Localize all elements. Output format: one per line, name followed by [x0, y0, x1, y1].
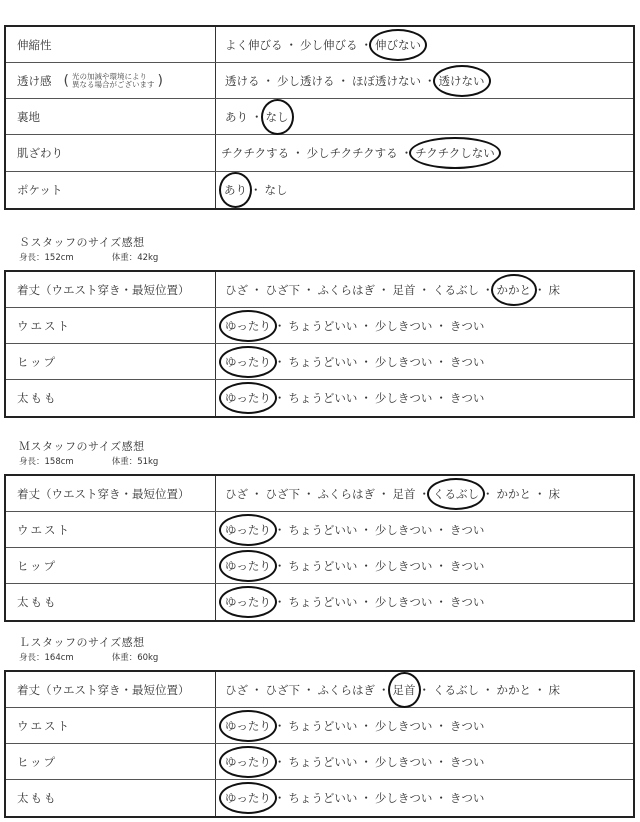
height-label: 身長：158cm — [19, 455, 74, 467]
separator: ・ — [357, 558, 375, 574]
row-label: 伸縮性 — [6, 27, 216, 62]
separator: ・ — [300, 282, 318, 298]
height-label: 身長：164cm — [19, 651, 74, 663]
row-label: ヒップ — [6, 344, 216, 379]
option: ちょうどいい — [288, 718, 357, 734]
row-hip: ヒップゆったり・ちょうどいい・少しきつい・きつい — [6, 548, 633, 584]
row-length: 着丈（ウエスト穿き・最短位置）ひざ・ひざ下・ふくらはぎ・足首・くるぶし・かかと・… — [6, 476, 633, 512]
row-options: ゆったり・ちょうどいい・少しきつい・きつい — [216, 780, 633, 816]
separator: ・ — [357, 354, 375, 370]
row-label: 肌ざわり — [6, 135, 216, 171]
option: なし — [265, 182, 288, 198]
row-waist: ウエストゆったり・ちょうどいい・少しきつい・きつい — [6, 708, 633, 744]
row-options: ゆったり・ちょうどいい・少しきつい・きつい — [216, 548, 633, 583]
option: きつい — [450, 754, 485, 770]
option: 透ける — [225, 73, 260, 89]
separator: ・ — [432, 390, 450, 406]
row-length: 着丈（ウエスト穿き・最短位置）ひざ・ひざ下・ふくらはぎ・足首・くるぶし・かかと・… — [6, 272, 633, 308]
selected-option: なし — [266, 109, 289, 125]
option: ひざ下 — [266, 282, 301, 298]
row-pocket: ポケット あり・なし — [6, 172, 633, 208]
row-label: ウエスト — [6, 512, 216, 547]
staff-m-header: Ｍスタッフのサイズ感想 身長：158cm体重：51kg — [19, 438, 158, 467]
selected-option: あり — [224, 182, 247, 198]
sheerness-note: (光の加減や環境により異なる場合がございます) — [64, 73, 163, 89]
row-label: 太もも — [6, 584, 216, 620]
weight-label: 体重：60kg — [112, 651, 159, 663]
option: きつい — [450, 790, 485, 806]
staff-s-table: 着丈（ウエスト穿き・最短位置）ひざ・ひざ下・ふくらはぎ・足首・くるぶし・かかと・… — [4, 270, 635, 418]
row-label: 着丈（ウエスト穿き・最短位置） — [6, 272, 216, 307]
option: 少しきつい — [375, 594, 433, 610]
row-options: ひざ・ひざ下・ふくらはぎ・足首・くるぶし・かかと・床 — [216, 476, 633, 511]
separator: ・ — [432, 594, 450, 610]
selected-option: 伸びない — [375, 37, 421, 53]
option: ひざ — [225, 486, 248, 502]
option: ちょうどいい — [288, 354, 357, 370]
selected-option: ゆったり — [225, 718, 271, 734]
row-label: ヒップ — [6, 548, 216, 583]
separator: ・ — [432, 790, 450, 806]
option: ふくらはぎ — [318, 282, 376, 298]
option: 少しきつい — [375, 790, 433, 806]
section-meta: 身長：164cm体重：60kg — [19, 651, 158, 663]
row-thigh: 太ももゆったり・ちょうどいい・少しきつい・きつい — [6, 780, 633, 816]
option: ふくらはぎ — [318, 486, 376, 502]
option: ちょうどいい — [288, 558, 357, 574]
option: ひざ下 — [266, 682, 301, 698]
staff-l-header: Ｌスタッフのサイズ感想 身長：164cm体重：60kg — [19, 634, 158, 663]
row-label: 着丈（ウエスト穿き・最短位置） — [6, 672, 216, 707]
selected-option: チクチクしない — [415, 145, 495, 161]
row-options: ひざ・ひざ下・ふくらはぎ・足首・くるぶし・かかと・床 — [216, 272, 633, 307]
row-label: ポケット — [6, 172, 216, 208]
separator: ・ — [248, 682, 266, 698]
row-label: ウエスト — [6, 708, 216, 743]
selected-option: ゆったり — [225, 390, 271, 406]
selected-option: ゆったり — [225, 790, 271, 806]
row-options: ゆったり・ちょうどいい・少しきつい・きつい — [216, 380, 633, 416]
separator: ・ — [432, 318, 450, 334]
row-label: ヒップ — [6, 744, 216, 779]
option: 床 — [549, 486, 561, 502]
option: くるぶし — [433, 682, 479, 698]
option: きつい — [450, 594, 485, 610]
selected-option: 透けない — [439, 73, 485, 89]
weight-label: 体重：42kg — [112, 251, 159, 263]
option: よく伸びる — [225, 37, 283, 53]
row-options: ゆったり・ちょうどいい・少しきつい・きつい — [216, 344, 633, 379]
row-thigh: 太ももゆったり・ちょうどいい・少しきつい・きつい — [6, 380, 633, 416]
row-hip: ヒップゆったり・ちょうどいい・少しきつい・きつい — [6, 344, 633, 380]
option: 少しきつい — [375, 390, 433, 406]
option: 足首 — [393, 282, 416, 298]
row-label: 着丈（ウエスト穿き・最短位置） — [6, 476, 216, 511]
row-thigh: 太ももゆったり・ちょうどいい・少しきつい・きつい — [6, 584, 633, 620]
staff-l-table: 着丈（ウエスト穿き・最短位置）ひざ・ひざ下・ふくらはぎ・足首・くるぶし・かかと・… — [4, 670, 635, 818]
separator: ・ — [300, 682, 318, 698]
option: ちょうどいい — [288, 522, 357, 538]
option: ちょうどいい — [288, 790, 357, 806]
separator: ・ — [432, 354, 450, 370]
separator: ・ — [289, 145, 307, 161]
row-options: ゆったり・ちょうどいい・少しきつい・きつい — [216, 308, 633, 343]
separator: ・ — [357, 522, 375, 538]
option: 少し透ける — [277, 73, 335, 89]
option: 足首 — [393, 486, 416, 502]
option: 少しきつい — [375, 318, 433, 334]
section-title: Ｓスタッフのサイズ感想 — [19, 234, 158, 250]
row-label: 透け感 — [17, 73, 52, 89]
section-title: Ｌスタッフのサイズ感想 — [19, 634, 158, 650]
row-options: ひざ・ひざ下・ふくらはぎ・足首・くるぶし・かかと・床 — [216, 672, 633, 707]
option: 少しきつい — [375, 718, 433, 734]
row-stretch: 伸縮性 よく伸びる・少し伸びる・伸びない — [6, 27, 633, 63]
option: かかと — [497, 486, 532, 502]
row-label: 太もも — [6, 380, 216, 416]
option: 床 — [549, 682, 561, 698]
row-waist: ウエストゆったり・ちょうどいい・少しきつい・きつい — [6, 512, 633, 548]
option: ひざ — [225, 282, 248, 298]
option: きつい — [450, 522, 485, 538]
separator: ・ — [335, 73, 353, 89]
option: あり — [225, 109, 248, 125]
section-meta: 身長：152cm体重：42kg — [19, 251, 158, 263]
separator: ・ — [531, 682, 549, 698]
option: 少しきつい — [375, 754, 433, 770]
separator: ・ — [531, 486, 549, 502]
note-line-2: 異なる場合がございます — [72, 80, 155, 89]
separator: ・ — [375, 282, 393, 298]
separator: ・ — [432, 754, 450, 770]
row-length: 着丈（ウエスト穿き・最短位置）ひざ・ひざ下・ふくらはぎ・足首・くるぶし・かかと・… — [6, 672, 633, 708]
row-options: あり・なし — [216, 99, 633, 134]
separator: ・ — [416, 282, 434, 298]
option: ちょうどいい — [288, 594, 357, 610]
row-label: 裏地 — [6, 99, 216, 134]
row-options: ゆったり・ちょうどいい・少しきつい・きつい — [216, 708, 633, 743]
separator: ・ — [432, 522, 450, 538]
row-lining: 裏地 あり・なし — [6, 99, 633, 135]
option: 少しきつい — [375, 522, 433, 538]
row-sheerness: 透け感 (光の加減や環境により異なる場合がございます) 透ける・少し透ける・ほぼ… — [6, 63, 633, 99]
row-texture: 肌ざわり チクチクする・少しチクチクする・チクチクしない — [6, 135, 633, 172]
selected-option: かかと — [497, 282, 532, 298]
row-options: ゆったり・ちょうどいい・少しきつい・きつい — [216, 744, 633, 779]
row-options: チクチクする・少しチクチクする・チクチクしない — [216, 135, 633, 171]
separator: ・ — [357, 754, 375, 770]
separator: ・ — [357, 594, 375, 610]
selected-option: ゆったり — [225, 558, 271, 574]
height-label: 身長：152cm — [19, 251, 74, 263]
selected-option: ゆったり — [225, 318, 271, 334]
option: 少しきつい — [375, 558, 433, 574]
row-options: ゆったり・ちょうどいい・少しきつい・きつい — [216, 584, 633, 620]
option: 床 — [549, 282, 561, 298]
fabric-properties-table: 伸縮性 よく伸びる・少し伸びる・伸びない 透け感 (光の加減や環境により異なる場… — [4, 25, 635, 210]
option: 少し伸びる — [300, 37, 358, 53]
option: ひざ下 — [266, 486, 301, 502]
option: くるぶし — [433, 282, 479, 298]
option: きつい — [450, 318, 485, 334]
row-options: ゆったり・ちょうどいい・少しきつい・きつい — [216, 512, 633, 547]
option: チクチクする — [221, 145, 289, 161]
selected-option: ゆったり — [225, 754, 271, 770]
row-options: よく伸びる・少し伸びる・伸びない — [216, 27, 633, 62]
row-options: 透ける・少し透ける・ほぼ透けない・透けない — [216, 63, 633, 98]
section-meta: 身長：158cm体重：51kg — [19, 455, 158, 467]
selected-option: くるぶし — [433, 486, 479, 502]
option: ちょうどいい — [288, 390, 357, 406]
separator: ・ — [432, 558, 450, 574]
selected-option: ゆったり — [225, 594, 271, 610]
option: ちょうどいい — [288, 754, 357, 770]
separator: ・ — [248, 486, 266, 502]
staff-s-header: Ｓスタッフのサイズ感想 身長：152cm体重：42kg — [19, 234, 158, 263]
section-title: Ｍスタッフのサイズ感想 — [19, 438, 158, 454]
weight-label: 体重：51kg — [112, 455, 159, 467]
option: ひざ — [225, 682, 248, 698]
separator: ・ — [479, 682, 497, 698]
separator: ・ — [357, 390, 375, 406]
option: きつい — [450, 718, 485, 734]
separator: ・ — [375, 486, 393, 502]
row-label: 太もも — [6, 780, 216, 816]
staff-m-table: 着丈（ウエスト穿き・最短位置）ひざ・ひざ下・ふくらはぎ・足首・くるぶし・かかと・… — [4, 474, 635, 622]
option: ほぼ透けない — [352, 73, 421, 89]
row-label-group: 透け感 (光の加減や環境により異なる場合がございます) — [6, 63, 216, 98]
separator: ・ — [357, 718, 375, 734]
row-options: あり・なし — [216, 172, 633, 208]
option: 少しきつい — [375, 354, 433, 370]
separator: ・ — [300, 486, 318, 502]
row-label: ウエスト — [6, 308, 216, 343]
option: 少しチクチクする — [307, 145, 398, 161]
separator: ・ — [260, 73, 278, 89]
separator: ・ — [283, 37, 301, 53]
row-waist: ウエストゆったり・ちょうどいい・少しきつい・きつい — [6, 308, 633, 344]
selected-option: 足首 — [393, 682, 416, 698]
separator: ・ — [357, 318, 375, 334]
separator: ・ — [432, 718, 450, 734]
separator: ・ — [357, 790, 375, 806]
selected-option: ゆったり — [225, 354, 271, 370]
row-hip: ヒップゆったり・ちょうどいい・少しきつい・きつい — [6, 744, 633, 780]
option: かかと — [497, 682, 532, 698]
option: きつい — [450, 558, 485, 574]
option: ふくらはぎ — [318, 682, 376, 698]
selected-option: ゆったり — [225, 522, 271, 538]
option: きつい — [450, 390, 485, 406]
separator: ・ — [248, 282, 266, 298]
option: きつい — [450, 354, 485, 370]
option: ちょうどいい — [288, 318, 357, 334]
